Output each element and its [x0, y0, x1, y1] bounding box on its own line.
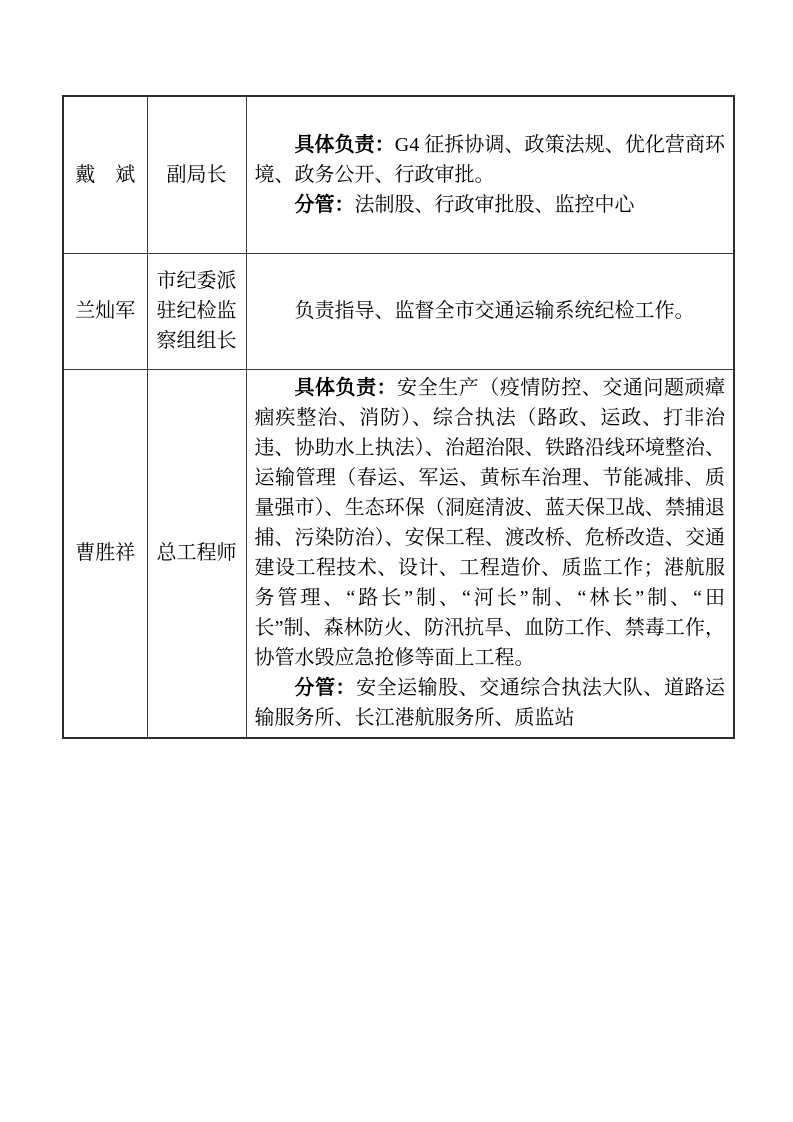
official-name: 戴 斌 [63, 96, 147, 253]
table-row-cao-shengxiang: 曹胜祥 总工程师 具体负责：安全生产（疫情防控、交通问题顽瘴痼疾整治、消防）、综… [63, 369, 734, 738]
table-row-lan-canjun: 兰灿军 市纪委派驻纪检监察组组长 负责指导、监督全市交通运输系统纪检工作。 [63, 253, 734, 369]
duty-label: 具体负责： [295, 134, 395, 156]
duty-text: 法制股、行政审批股、监控中心 [355, 194, 635, 216]
table-row-dai-bin: 戴 斌 副局长 具体负责：G4 征拆协调、政策法规、优化营商环境、政务公开、行政… [63, 96, 734, 253]
official-name: 兰灿军 [63, 253, 147, 369]
duty-paragraph: 具体负责：G4 征拆协调、政策法规、优化营商环境、政务公开、行政审批。 [255, 130, 726, 190]
duty-paragraph: 分管：安全运输股、交通综合执法大队、道路运输服务所、长江港航服务所、质监站 [255, 673, 726, 733]
duty-text: 负责指导、监督全市交通运输系统纪检工作。 [295, 300, 695, 322]
official-position: 总工程师 [147, 369, 246, 738]
duty-label: 分管： [295, 194, 355, 216]
official-position: 副局长 [147, 96, 246, 253]
duty-roster-table: 戴 斌 副局长 具体负责：G4 征拆协调、政策法规、优化营商环境、政务公开、行政… [62, 95, 735, 739]
duty-paragraph: 具体负责：安全生产（疫情防控、交通问题顽瘴痼疾整治、消防）、综合执法（路政、运政… [255, 373, 726, 673]
duty-text: 安全生产（疫情防控、交通问题顽瘴痼疾整治、消防）、综合执法（路政、运政、打非治违… [255, 377, 726, 669]
official-duties: 负责指导、监督全市交通运输系统纪检工作。 [246, 253, 734, 369]
document-page: 戴 斌 副局长 具体负责：G4 征拆协调、政策法规、优化营商环境、政务公开、行政… [0, 0, 793, 1122]
duty-label: 分管： [295, 677, 357, 699]
official-duties: 具体负责：安全生产（疫情防控、交通问题顽瘴痼疾整治、消防）、综合执法（路政、运政… [246, 369, 734, 738]
official-position: 市纪委派驻纪检监察组组长 [147, 253, 246, 369]
duty-paragraph: 负责指导、监督全市交通运输系统纪检工作。 [255, 296, 726, 326]
duty-label: 具体负责： [295, 377, 398, 399]
duty-paragraph: 分管：法制股、行政审批股、监控中心 [255, 190, 726, 220]
official-duties: 具体负责：G4 征拆协调、政策法规、优化营商环境、政务公开、行政审批。 分管：法… [246, 96, 734, 253]
official-name: 曹胜祥 [63, 369, 147, 738]
